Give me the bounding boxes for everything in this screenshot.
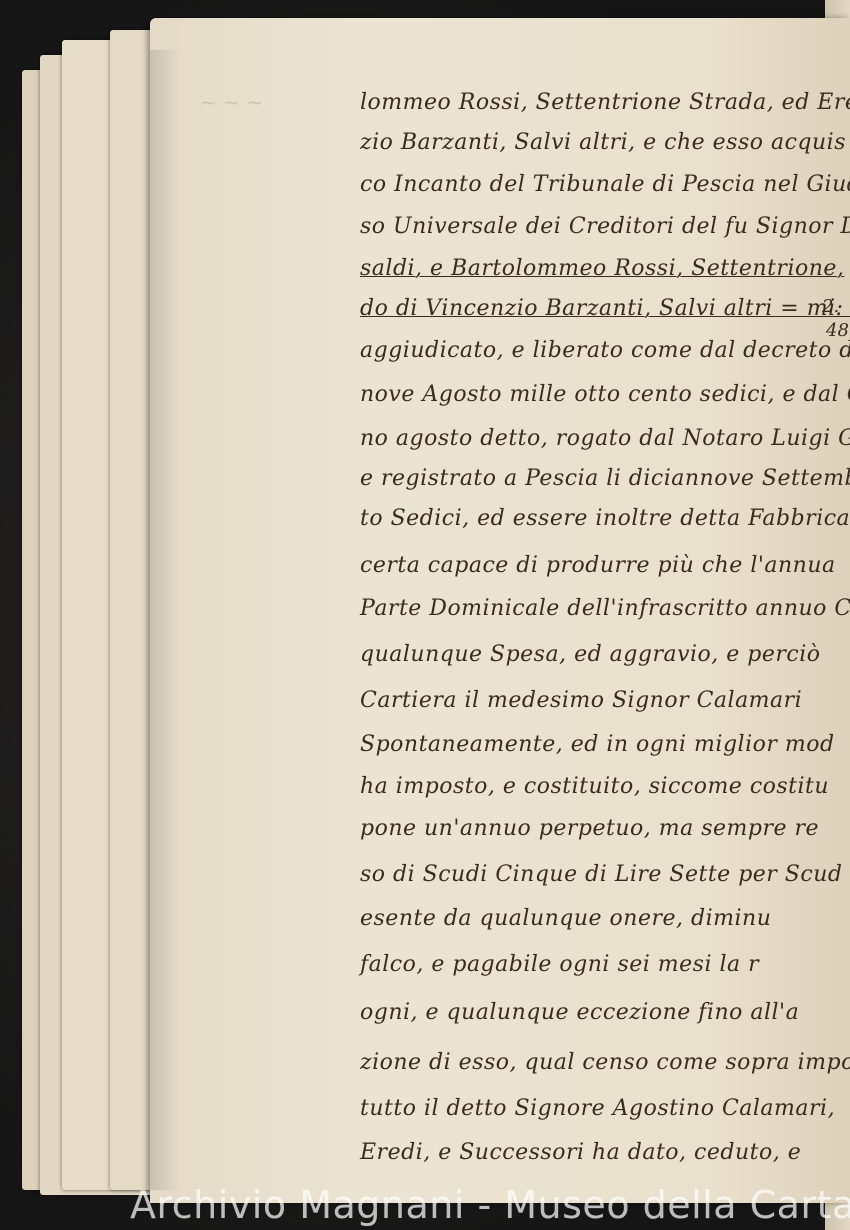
manuscript-line: zio Barzanti, Salvi altri, e che esso ac… xyxy=(360,130,846,155)
archive-watermark: Archivio Magnani - Museo della Carta xyxy=(130,1183,850,1227)
manuscript-line: zione di esso, qual censo come sopra imp… xyxy=(360,1050,850,1075)
bleed-through-text: ~ ~ ~ xyxy=(200,90,263,114)
margin-note: 48 xyxy=(826,320,849,341)
manuscript-line: so di Scudi Cinque di Lire Sette per Scu… xyxy=(360,862,842,887)
manuscript-line: Spontaneamente, ed in ogni miglior mod xyxy=(360,732,835,757)
page-shadow xyxy=(150,50,180,1190)
manuscript-line-underlined: do di Vincenzio Barzanti, Salvi altri = … xyxy=(360,296,850,321)
manuscript-line: lommeo Rossi, Settentrione Strada, ed Er… xyxy=(360,90,850,115)
manuscript-line: Parte Dominicale dell'infrascritto annuo… xyxy=(360,596,850,621)
manuscript-line: falco, e pagabile ogni sei mesi la r xyxy=(360,952,759,977)
manuscript-line: pone un'annuo perpetuo, ma sempre re xyxy=(360,816,819,841)
manuscript-line-underlined: saldi, e Bartolommeo Rossi, Settentrione… xyxy=(360,256,844,281)
manuscript-line: tutto il detto Signore Agostino Calamari… xyxy=(360,1096,835,1121)
manuscript-line: qualunque Spesa, ed aggravio, e perciò xyxy=(360,642,821,667)
manuscript-line: certa capace di produrre più che l'annua xyxy=(360,553,836,578)
manuscript-line: no agosto detto, rogato dal Notaro Luigi… xyxy=(360,426,850,451)
manuscript-line: ogni, e qualunque eccezione fino all'a xyxy=(360,1000,799,1025)
manuscript-line: ha imposto, e costituito, siccome costit… xyxy=(360,774,829,799)
manuscript-line: esente da qualunque onere, diminu xyxy=(360,906,771,931)
margin-note: 2. xyxy=(822,296,839,317)
manuscript-line: co Incanto del Tribunale di Pescia nel G… xyxy=(360,172,850,197)
manuscript-line: Cartiera il medesimo Signor Calamari xyxy=(360,688,802,713)
manuscript-line: nove Agosto mille otto cento sedici, e d… xyxy=(360,382,850,407)
manuscript-line: to Sedici, ed essere inoltre detta Fabbr… xyxy=(360,506,850,531)
manuscript-line: e registrato a Pescia li diciannove Sett… xyxy=(360,466,850,491)
manuscript-line: so Universale dei Creditori del fu Signo… xyxy=(360,214,850,239)
manuscript-line: Eredi, e Successori ha dato, ceduto, e xyxy=(360,1140,801,1165)
manuscript-line: aggiudicato, e liberato come dal decreto… xyxy=(360,338,850,363)
